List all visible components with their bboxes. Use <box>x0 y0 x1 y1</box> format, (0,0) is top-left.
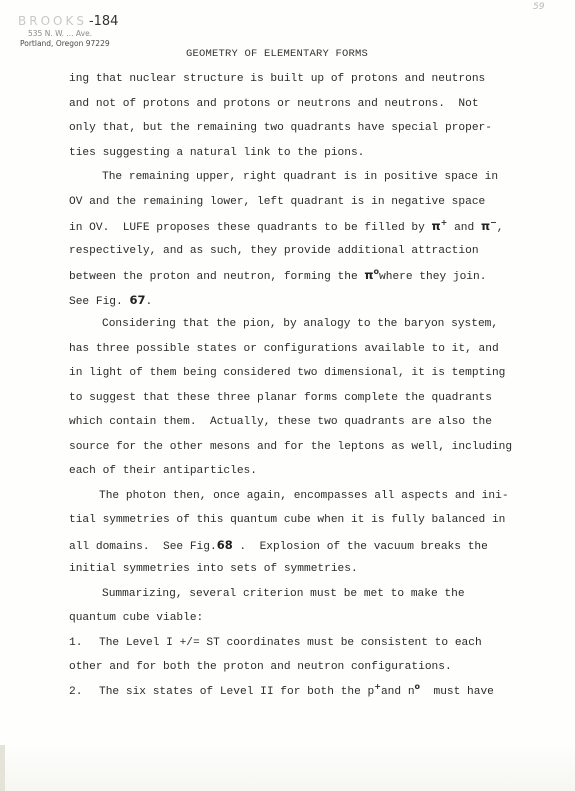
stamp-address-line1: 535 N. W. ... Ave. <box>28 29 168 39</box>
text-line: which contain them. Actually, these two … <box>69 410 549 435</box>
text-line: only that, but the remaining two quadran… <box>69 116 549 141</box>
stamp-address-line2: Portland, Oregon 97229 <box>20 39 168 49</box>
text-line: tial symmetries of this quantum cube whe… <box>69 508 549 533</box>
list-item: 1.The Level I +/= ST coordinates must be… <box>69 631 549 656</box>
text-span: where they join. <box>379 271 486 283</box>
text-line: each of their antiparticles. <box>69 459 549 484</box>
text-span: and <box>447 222 481 234</box>
archive-stamp: BROOKS-184 535 N. W. ... Ave. Portland, … <box>18 14 168 49</box>
text-line: all domains. See Fig.68 . Explosion of t… <box>69 533 549 558</box>
text-line: respectively, and as such, they provide … <box>69 239 549 264</box>
text-line: and not of protons and protons or neutro… <box>69 92 549 117</box>
stamp-name: BROOKS <box>18 14 87 28</box>
pencil-page-mark: 59 <box>533 2 544 12</box>
text-line: ties suggesting a natural link to the pi… <box>69 141 549 166</box>
text-line: to suggest that these three planar forms… <box>69 386 549 411</box>
text-span: in OV. LUFE proposes these quadrants to … <box>69 222 432 234</box>
text-span: and n <box>381 686 415 698</box>
figure-number-67: 67 <box>129 293 145 307</box>
text-line: See Fig. 67. <box>69 288 549 313</box>
text-span: The six states of Level II for both the … <box>99 686 374 698</box>
text-span: must have <box>420 686 494 698</box>
document-page: 59 BROOKS-184 535 N. W. ... Ave. Portlan… <box>0 0 575 791</box>
page-bottom-bleed <box>0 742 575 791</box>
text-line: in light of them being considered two di… <box>69 361 549 386</box>
text-line: source for the other mesons and for the … <box>69 435 549 460</box>
pi-symbol: π <box>364 268 373 282</box>
stamp-name-line: BROOKS-184 <box>18 14 168 29</box>
text-line: ing that nuclear structure is built up o… <box>69 67 549 92</box>
text-line: quantum cube viable: <box>69 606 549 631</box>
body-text: ing that nuclear structure is built up o… <box>69 67 549 704</box>
running-head: GEOMETRY OF ELEMENTARY FORMS <box>186 48 368 60</box>
text-span: , <box>497 222 504 234</box>
list-number: 1. <box>69 631 99 656</box>
pi-symbol: π <box>432 219 441 233</box>
text-line: in OV. LUFE proposes these quadrants to … <box>69 214 549 239</box>
text-line: other and for both the proton and neutro… <box>69 655 549 680</box>
text-line: between the proton and neutron, forming … <box>69 263 549 288</box>
text-span: all domains. See Fig. <box>69 541 217 553</box>
minus-superscript: − <box>490 218 497 227</box>
text-line: has three possible states or configurati… <box>69 337 549 362</box>
text-line: The remaining upper, right quadrant is i… <box>69 165 549 190</box>
text-span: See Fig. <box>69 296 129 308</box>
pi-symbol: π <box>481 219 490 233</box>
list-item: 2.The six states of Level II for both th… <box>69 680 549 705</box>
stamp-number: -184 <box>89 14 119 29</box>
figure-number-68: 68 <box>217 538 233 552</box>
text-line: Summarizing, several criterion must be m… <box>69 582 549 607</box>
page-edge-shadow <box>0 745 5 791</box>
list-number: 2. <box>69 680 99 705</box>
text-line: initial symmetries into sets of symmetri… <box>69 557 549 582</box>
text-line: The photon then, once again, encompasses… <box>69 484 549 509</box>
text-line: Considering that the pion, by analogy to… <box>69 312 549 337</box>
text-span: between the proton and neutron, forming … <box>69 271 364 283</box>
text-span: . <box>145 296 152 308</box>
text-line: OV and the remaining lower, left quadran… <box>69 190 549 215</box>
text-span: The Level I +/= ST coordinates must be c… <box>99 637 482 649</box>
plus-superscript: + <box>374 682 381 691</box>
text-span: . Explosion of the vacuum breaks the <box>233 541 488 553</box>
